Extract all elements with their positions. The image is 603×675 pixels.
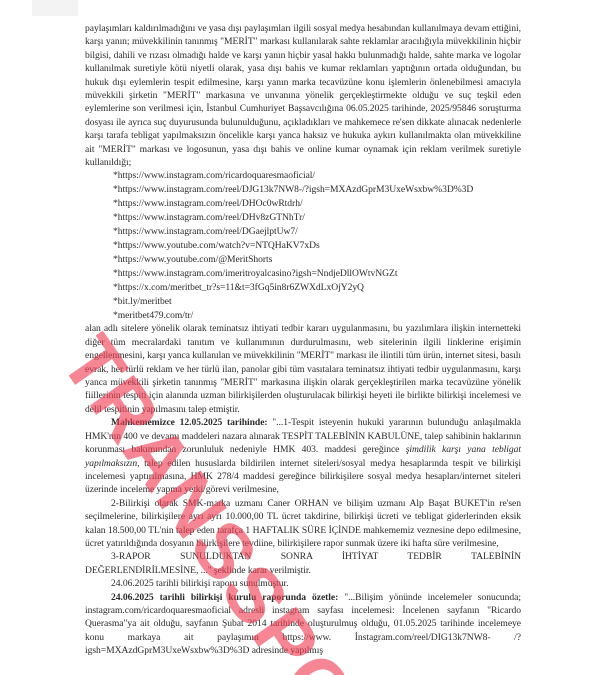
paragraph-expert-appointment: 2-Bilirkişi olarak SMK-marka uzmanı Cane… [85,497,521,551]
paragraph-report-submitted: 24.06.2025 tarihli bilirkişi raporu sunu… [85,577,521,590]
url-item: *https://x.com/meritbet_tr?s=11&t=3fGq5i… [85,281,521,295]
url-item: *https://www.youtube.com/watch?v=NTQHaKV… [85,239,521,253]
paragraph-report-line2: DEĞERLENDİRİLMESİNE, ..." şeklinde karar… [85,564,521,577]
paragraph-report-summary: 24.06.2025 tarihli bilirkişi kurulu rapo… [85,591,521,658]
scan-artifact [32,0,78,16]
url-item: *https://www.instagram.com/ricardoquares… [85,169,521,183]
url-item: *https://www.youtube.com/@MeritShorts [85,253,521,267]
infringing-url-list: *https://www.instagram.com/ricardoquares… [85,169,521,322]
paragraph-court-decision: Mahkememizce 12.05.2025 tarihinde: "...1… [85,416,521,496]
url-item: *https://www.instagram.com/reel/DHv8zGTN… [85,211,521,225]
court-decision-text-b: talep edilen hususlarda bildirilen inter… [85,458,521,496]
url-item: *meritbet479.com/tr/ [85,309,521,323]
court-decision-lead: Mahkememizce 12.05.2025 tarihinde: [111,417,268,428]
url-item: *bit.ly/meritbet [85,295,521,309]
paragraph-report-line1: 3-RAPOR SUNULDUKTAN SONRA İHTİYAT TEDBİR… [85,550,521,563]
url-item: *https://www.instagram.com/reel/DJG13k7N… [85,183,521,197]
paragraph-requests: alan adlı sitelere yönelik olarak temina… [85,322,521,416]
url-item: *https://www.instagram.com/reel/DGaejlpt… [85,225,521,239]
report-summary-lead: 24.06.2025 tarihli bilirkişi kurulu rapo… [111,592,338,603]
document-page: paylaşımları kaldırılmadığını ve yasa dı… [85,22,521,658]
url-item: *https://www.instagram.com/reel/DHOc0wRt… [85,197,521,211]
paragraph-claims: paylaşımları kaldırılmadığını ve yasa dı… [85,22,521,169]
url-item: *https://www.instagram.com/imeritroyalca… [85,267,521,281]
